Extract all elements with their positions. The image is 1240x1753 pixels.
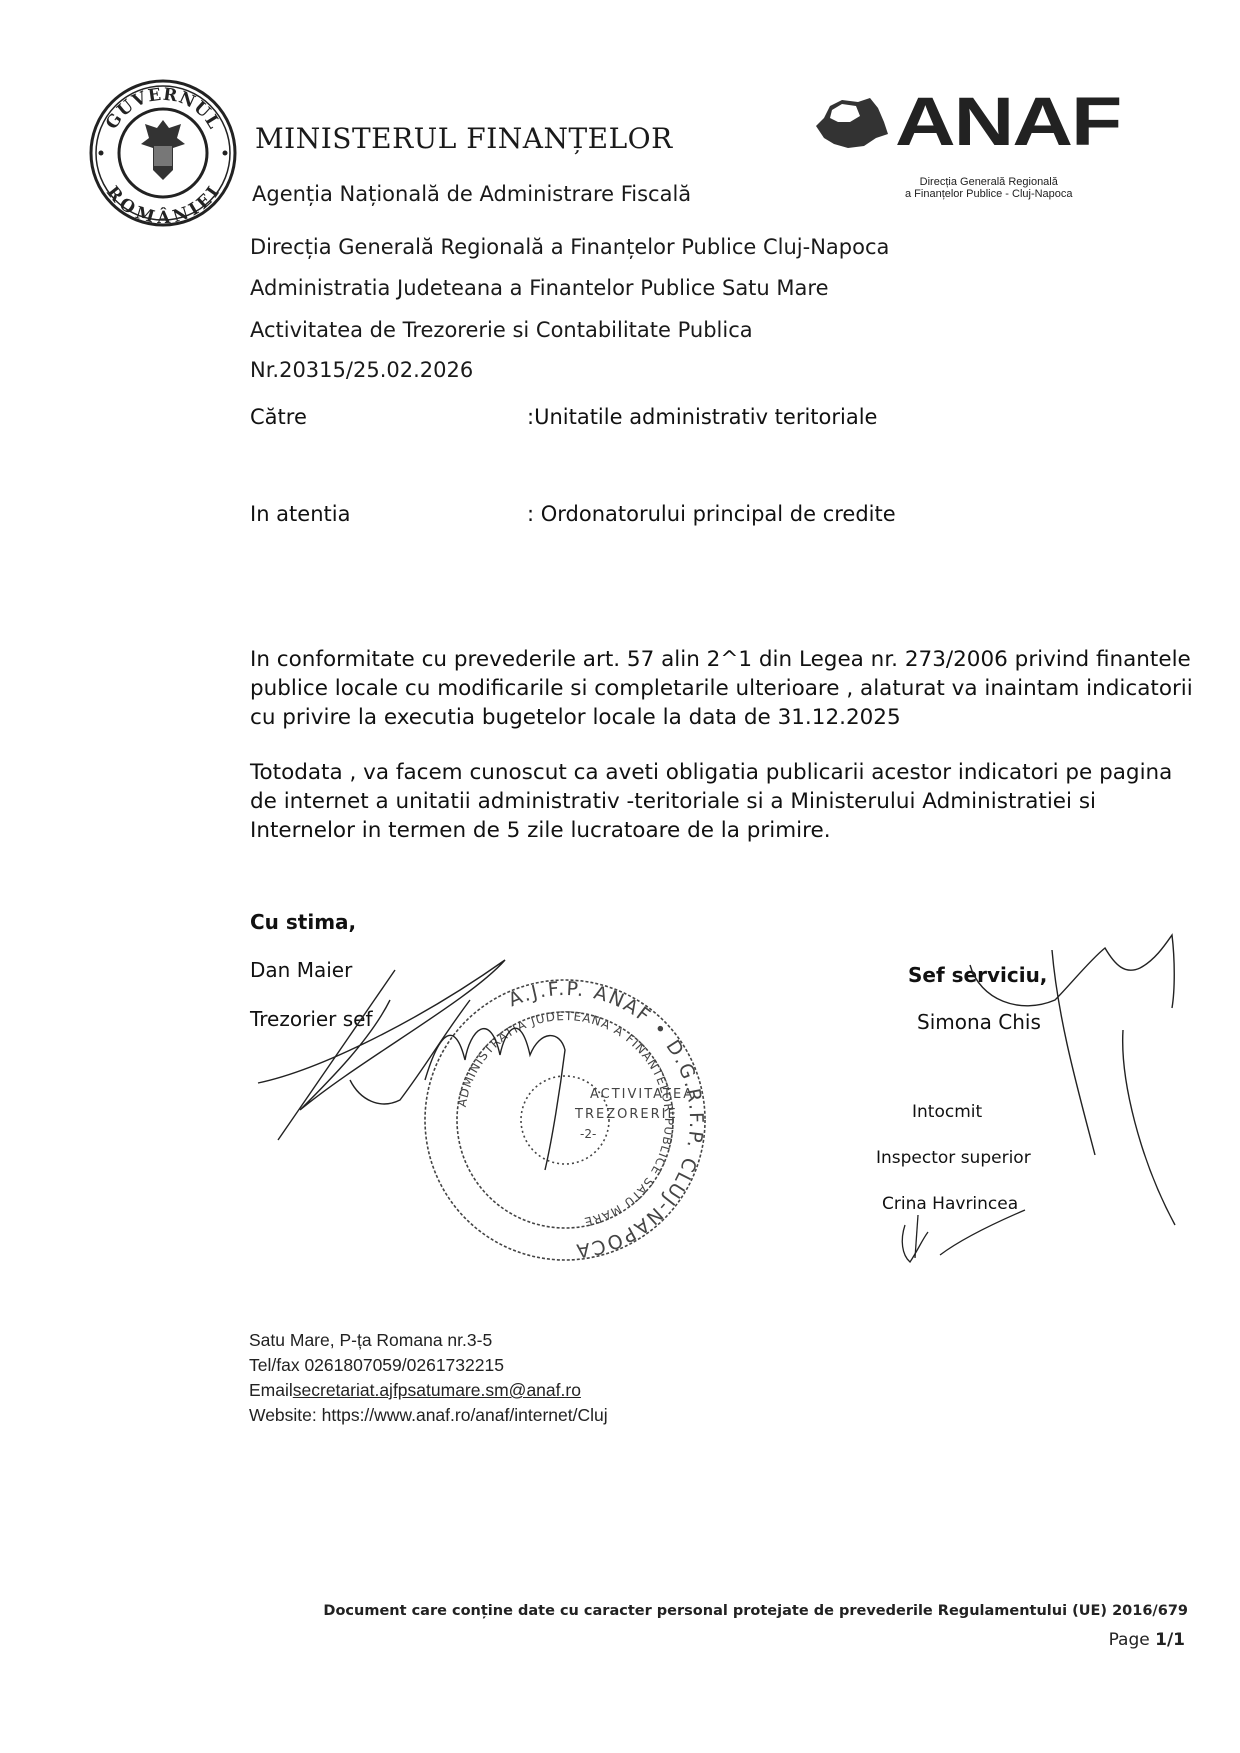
signer-role: Trezorier sef [250, 1007, 373, 1031]
anaf-logo-subtitle: Direcția Generală Regională a Finanțelor… [905, 176, 1073, 200]
department-head-name: Simona Chis [917, 1010, 1041, 1034]
preparer-role: Inspector superior [876, 1148, 1031, 1168]
regional-directorate: Direcția Generală Regională a Finanțelor… [250, 235, 889, 259]
page-number: Page 1/1 [1109, 1630, 1185, 1650]
email-label: Email [249, 1380, 293, 1400]
body-paragraph: In conformitate cu prevederile art. 57 a… [250, 645, 1200, 732]
office-phone: Tel/fax 0261807059/0261732215 [249, 1355, 504, 1376]
office-email: Emailsecretariat.ajfpsatumare.sm@anaf.ro [249, 1380, 581, 1401]
signatures-and-stamp-overlay: A.J.F.P. ANAF • D.G.R.F.P. CLUJ-NAPOCA A… [0, 0, 1240, 1753]
agency-name: Agenția Națională de Administrare Fiscal… [252, 182, 691, 206]
office-website[interactable]: Website: https://www.anaf.ro/anaf/intern… [249, 1405, 608, 1426]
romania-map-icon [812, 96, 890, 152]
office-address: Satu Mare, P-ța Romana nr.3-5 [249, 1330, 492, 1351]
signer-name: Dan Maier [250, 958, 352, 982]
page-value: 1/1 [1155, 1630, 1185, 1650]
svg-text:ROMÂNIEI: ROMÂNIEI [102, 183, 224, 228]
svg-text:TREZORERIE: TREZORERIE [574, 1107, 678, 1122]
svg-text:ADMINISTRATIA JUDETEANA A FINA: ADMINISTRATIA JUDETEANA A FINANTELOR PUB… [455, 1009, 676, 1229]
closing-salutation: Cu stima, [250, 910, 356, 934]
official-stamp-icon [425, 980, 705, 1260]
svg-text:A.J.F.P. ANAF • D.G.R.F.P. CLU: A.J.F.P. ANAF • D.G.R.F.P. CLUJ-NAPOCA [505, 978, 707, 1262]
romanian-government-seal-icon: GUVERNUL ROMÂNIEI [88, 78, 238, 228]
body-paragraph: Totodata , va facem cunoscut ca aveti ob… [250, 758, 1200, 845]
county-administration: Administratia Judeteana a Finantelor Pub… [250, 276, 828, 300]
anaf-subtitle-line-1: Direcția Generală Regională [905, 176, 1073, 188]
department-head-title: Sef serviciu, [908, 963, 1047, 987]
gdpr-notice: Document care conține date cu caracter p… [323, 1603, 1188, 1619]
attention-label: In atentia [250, 502, 350, 526]
preparer-name: Crina Havrincea [882, 1194, 1018, 1214]
treasury-activity: Activitatea de Trezorerie si Contabilita… [250, 318, 753, 342]
page-label: Page [1109, 1630, 1156, 1650]
addressee-label: Către [250, 405, 307, 429]
prepared-by-label: Intocmit [912, 1102, 982, 1122]
anaf-logo: ANAF [895, 82, 1120, 162]
anaf-subtitle-line-2: a Finanțelor Publice - Cluj-Napoca [905, 188, 1073, 200]
email-link[interactable]: secretariat.ajfpsatumare.sm@anaf.ro [293, 1380, 581, 1400]
handwritten-signature-icon [258, 960, 565, 1170]
svg-text:-2-: -2- [580, 1127, 596, 1141]
attention-value: : Ordonatorului principal de credite [527, 502, 896, 526]
ministry-name: MINISTERUL FINANȚELOR [255, 122, 673, 155]
addressee-value: :Unitatile administrativ teritoriale [527, 405, 877, 429]
svg-text:ACTIVITATEA: ACTIVITATEA [590, 1087, 694, 1102]
reference-number: Nr.20315/25.02.2026 [250, 358, 473, 382]
handwritten-initials-icon [902, 1210, 1025, 1262]
